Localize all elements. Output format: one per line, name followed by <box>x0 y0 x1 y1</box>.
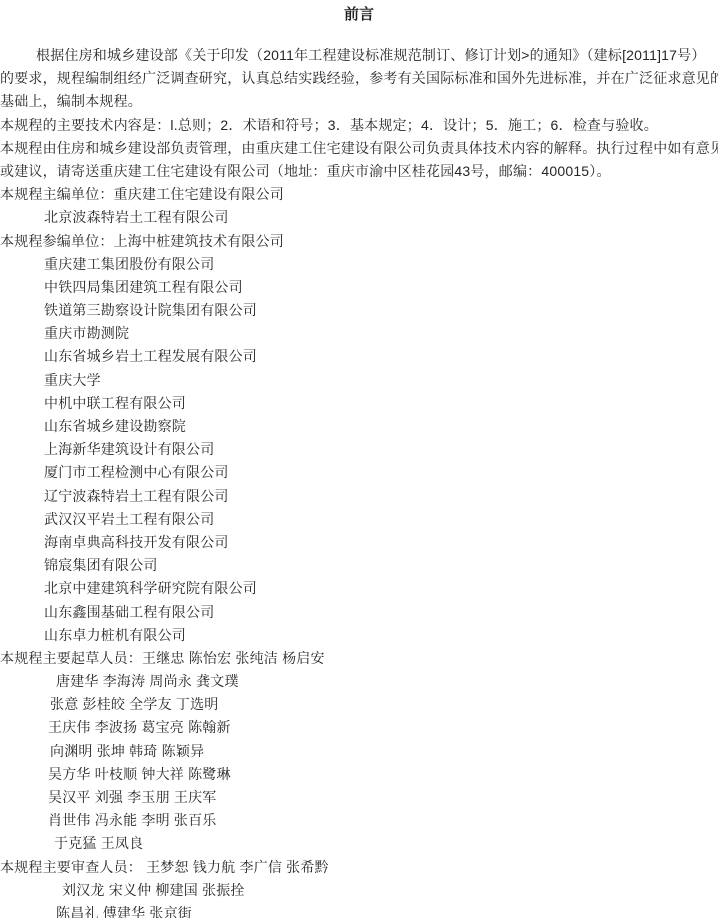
text-line: 北京中建建筑科学研究院有限公司 <box>0 577 718 600</box>
document-page: 前言 根据住房和城乡建设部《关于印发（2011年工程建设标准规范制订、修订计划>… <box>0 0 718 918</box>
text-line: 山东省城乡岩土工程发展有限公司 <box>0 345 718 368</box>
text-line: 锦宸集团有限公司 <box>0 554 718 577</box>
text-line: 于克猛 王凤良 <box>0 832 718 855</box>
text-line: 本规程由住房和城乡建设部负责管理，由重庆建工住宅建设有限公司负责具体技术内容的解… <box>0 137 718 160</box>
text-line: 基础上，编制本规程。 <box>0 90 718 113</box>
text-line: 的要求，规程编制组经广泛调查研究，认真总结实践经验，参考有关国际标准和国外先进标… <box>0 67 718 90</box>
text-line: 根据住房和城乡建设部《关于印发（2011年工程建设标准规范制订、修订计划>的通知… <box>0 44 718 67</box>
text-line: 辽宁波森特岩土工程有限公司 <box>0 485 718 508</box>
text-line: 重庆大学 <box>0 369 718 392</box>
text-line: 武汉汉平岩土工程有限公司 <box>0 508 718 531</box>
document-title: 前言 <box>0 0 718 23</box>
text-line: 吴方华 叶枝顺 钟大祥 陈鹭琳 <box>0 763 718 786</box>
text-line: 山东鑫围基础工程有限公司 <box>0 601 718 624</box>
text-line: 重庆建工集团股份有限公司 <box>0 253 718 276</box>
text-line: 刘汉龙 宋义仲 柳建国 张振拴 <box>0 879 718 902</box>
text-line: 厦门市工程检测中心有限公司 <box>0 461 718 484</box>
text-line: 上海新华建筑设计有限公司 <box>0 438 718 461</box>
text-line: 本规程主要起草人员：王继忠 陈怡宏 张纯洁 杨启安 <box>0 647 718 670</box>
text-line: 北京波森特岩土工程有限公司 <box>0 206 718 229</box>
text-line: 本规程参编单位：上海中桩建筑技术有限公司 <box>0 230 718 253</box>
text-line: 海南卓典高科技开发有限公司 <box>0 531 718 554</box>
text-line: 本规程主要审查人员： 王梦恕 钱力航 李广信 张希黔 <box>0 856 718 879</box>
text-line: 山东卓力桩机有限公司 <box>0 624 718 647</box>
text-line: 王庆伟 李波扬 葛宝亮 陈翰新 <box>0 716 718 739</box>
text-line: 或建议，请寄送重庆建工住宅建设有限公司（地址：重庆市渝中区桂花园43号，邮编：4… <box>0 160 718 183</box>
text-line: 陈昌礼 傅建华 张京街 <box>0 902 718 918</box>
text-line: 山东省城乡建设勘察院 <box>0 415 718 438</box>
text-line: 铁道第三勘察设计院集团有限公司 <box>0 299 718 322</box>
text-line: 向渊明 张坤 韩琦 陈颖异 <box>0 740 718 763</box>
text-line: 吴汉平 刘强 李玉朋 王庆军 <box>0 786 718 809</box>
text-line: 重庆市勘测院 <box>0 322 718 345</box>
text-line: 本规程的主要技术内容是：l.总则；2．术语和符号；3．基本规定；4．设计；5．施… <box>0 114 718 137</box>
text-line: 本规程主编单位：重庆建工住宅建设有限公司 <box>0 183 718 206</box>
text-line: 张意 彭桂皎 全学友 丁选明 <box>0 693 718 716</box>
text-line: 中机中联工程有限公司 <box>0 392 718 415</box>
document-body: 根据住房和城乡建设部《关于印发（2011年工程建设标准规范制订、修订计划>的通知… <box>0 44 718 918</box>
text-line: 肖世伟 冯永能 李明 张百乐 <box>0 809 718 832</box>
text-line: 唐建华 李海涛 周尚永 龚文璞 <box>0 670 718 693</box>
text-line: 中铁四局集团建筑工程有限公司 <box>0 276 718 299</box>
